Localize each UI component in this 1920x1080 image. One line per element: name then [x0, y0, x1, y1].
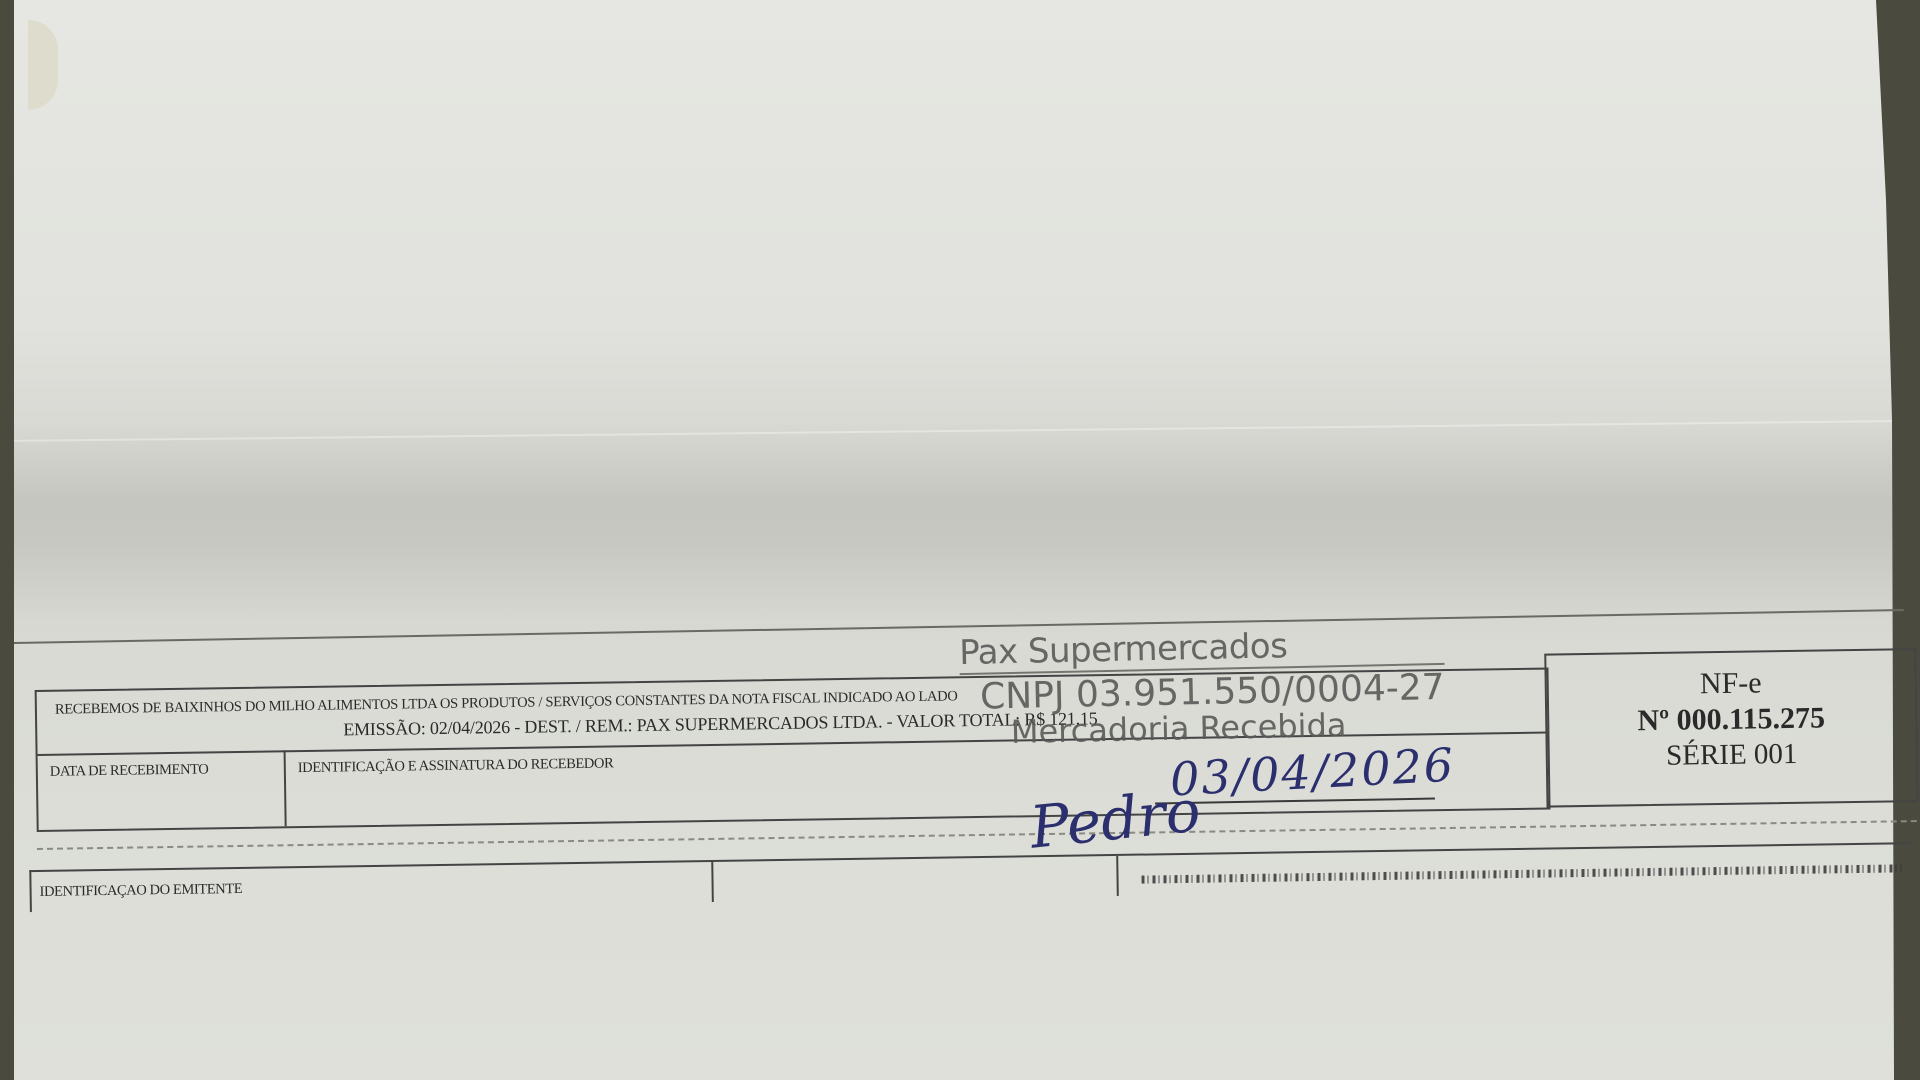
barcode-strip [1141, 864, 1901, 883]
issuer-id-label: IDENTIFICAÇAO DO EMITENTE [40, 881, 243, 901]
nfe-series: SÉRIE 001 [1548, 736, 1916, 774]
receipt-date-field: DATA DE RECEBIMENTO [38, 750, 287, 830]
nfe-box: NF-e Nº 000.115.275 SÉRIE 001 [1544, 648, 1918, 808]
nfe-title: NF-e [1546, 664, 1914, 703]
receiver-id-label: IDENTIFICAÇÃO E ASSINATURA DO RECEBEDOR [298, 755, 614, 777]
torn-corner [28, 20, 58, 110]
paper-sheet [14, 0, 1894, 1080]
stamp-company: Pax Supermercados [959, 623, 1444, 675]
issuer-divider-2 [1116, 856, 1119, 896]
nfe-number: Nº 000.115.275 [1547, 700, 1915, 739]
receipt-date-label: DATA DE RECEBIMENTO [50, 761, 209, 780]
received-stamp: Pax Supermercados CNPJ 03.951.550/0004-2… [959, 623, 1446, 752]
issuer-divider [711, 862, 714, 902]
fold-shadow [14, 420, 1894, 620]
